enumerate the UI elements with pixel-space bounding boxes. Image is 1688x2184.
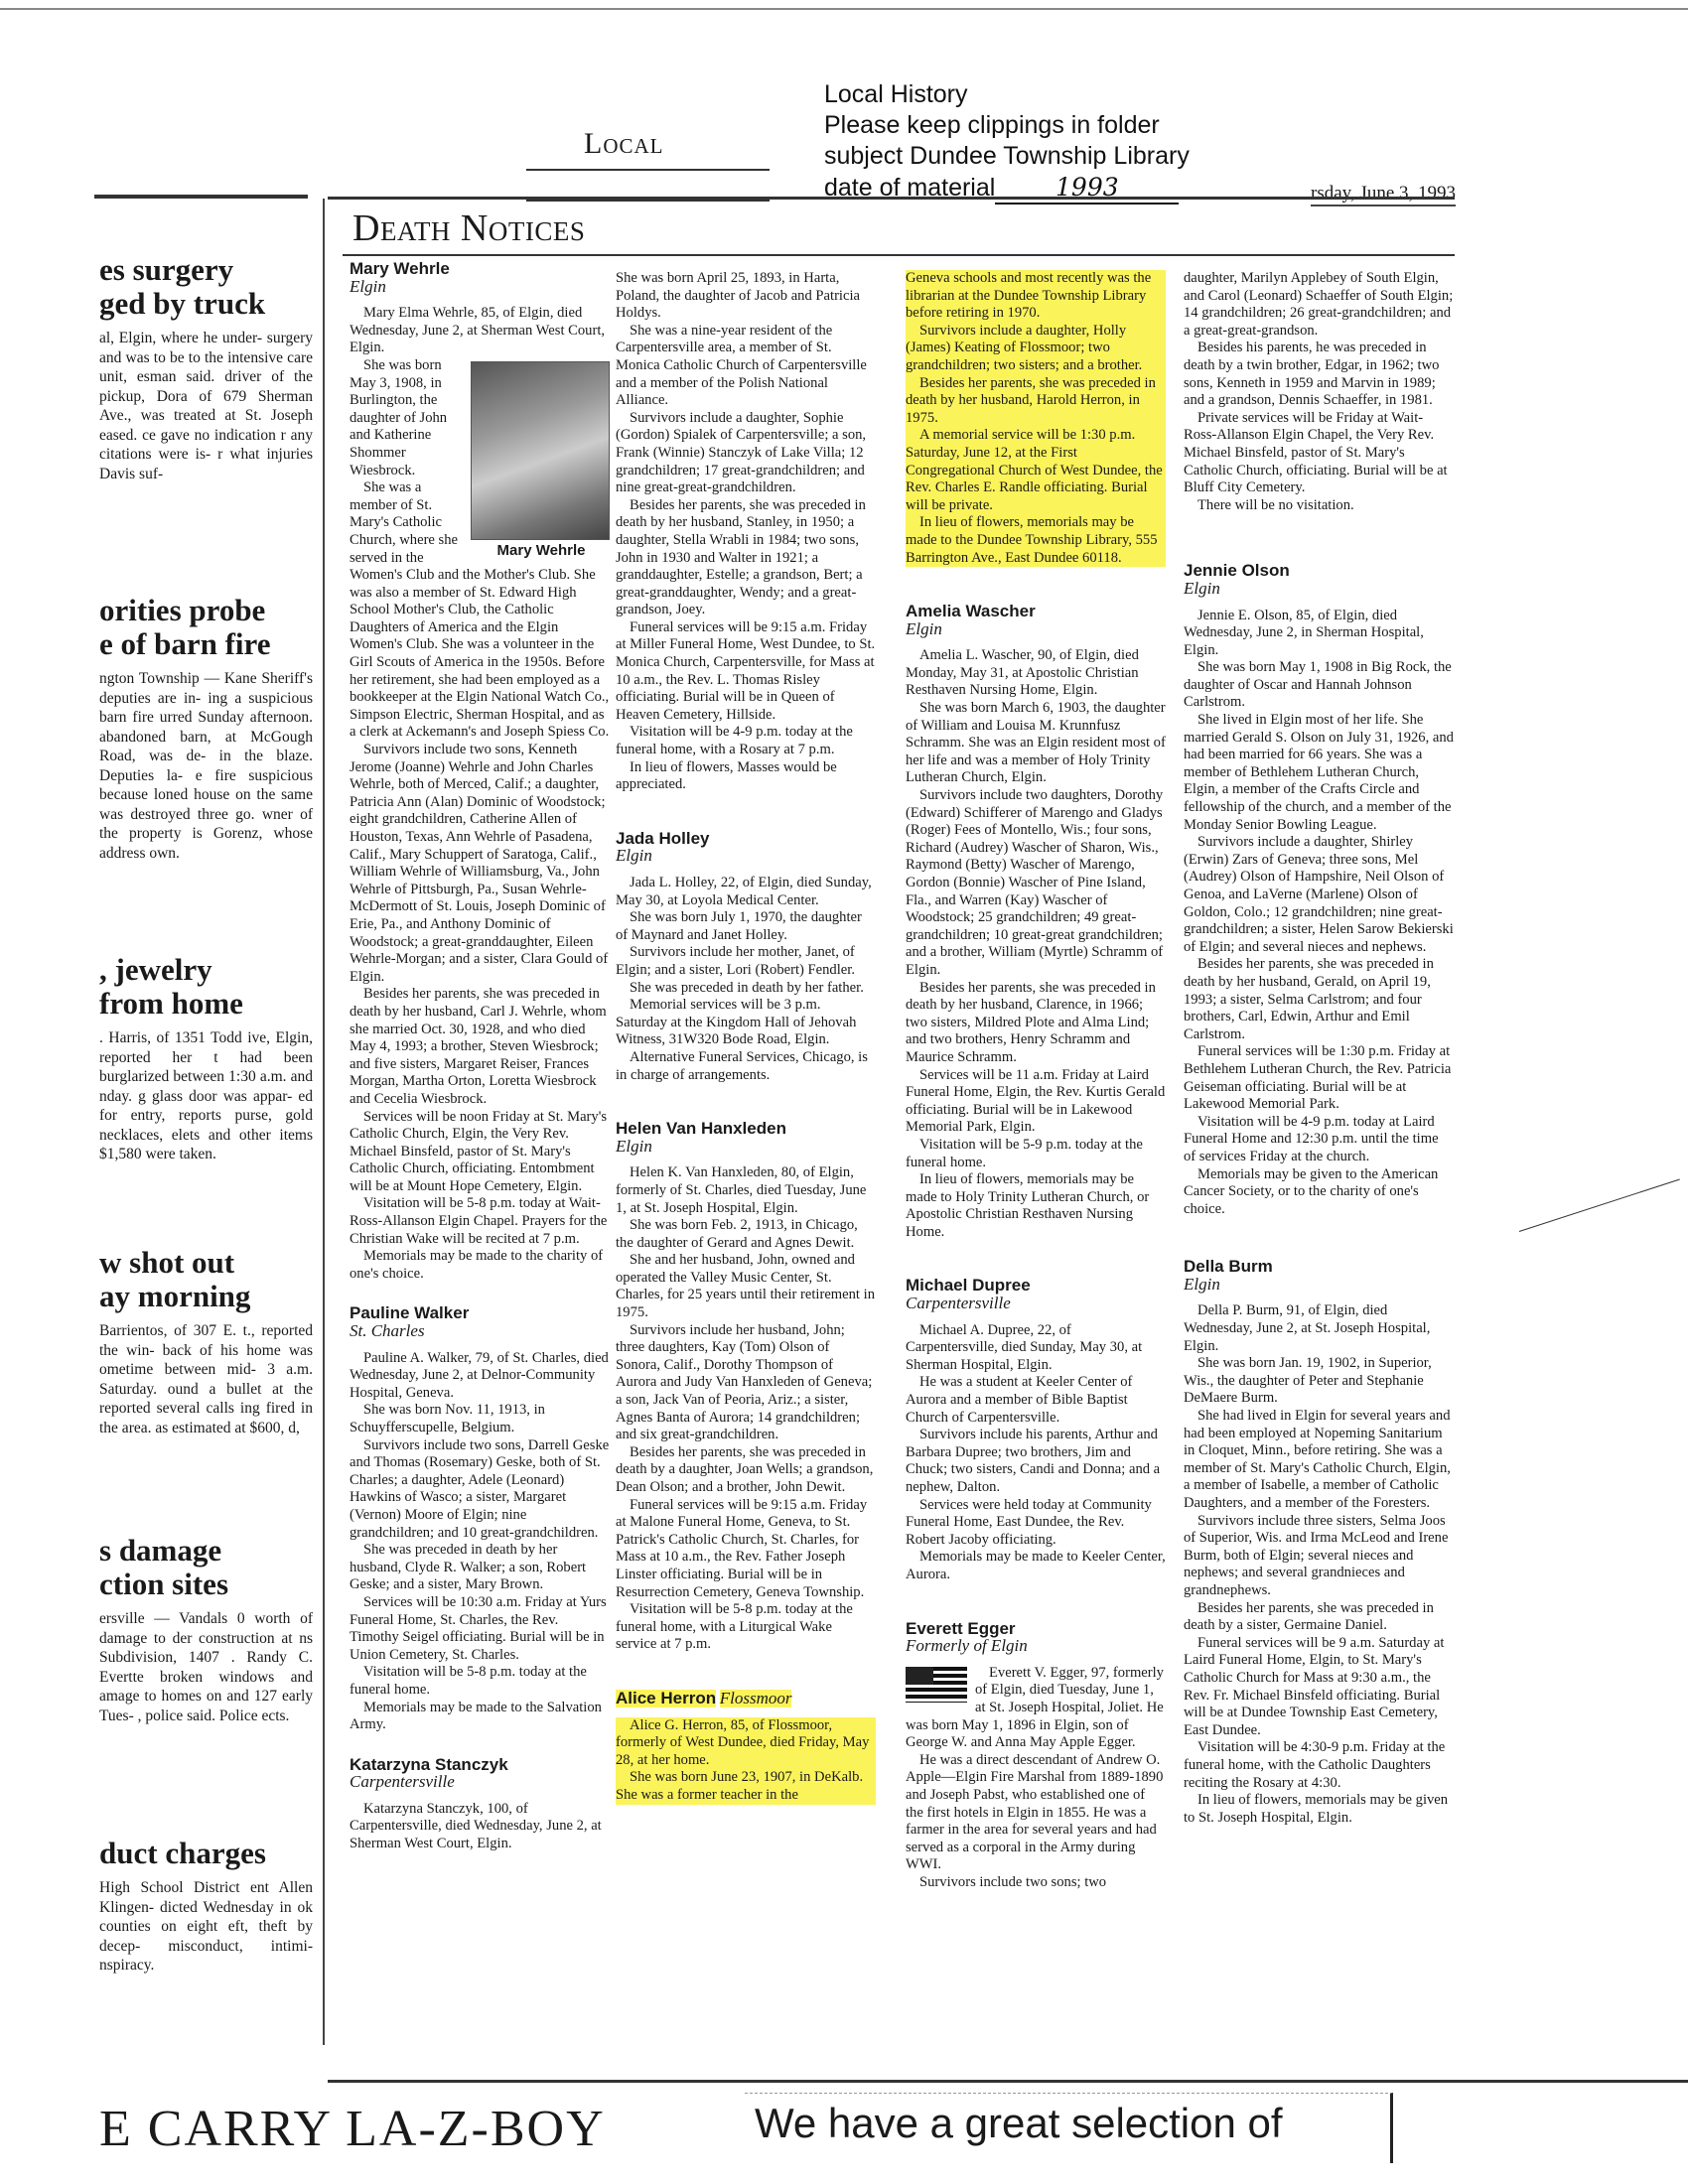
obituary-paragraph: Alice G. Herron, 85, of Flossmoor, forme… xyxy=(616,1717,876,1770)
obituary-paragraph: Survivors include two sons, Darrell Gesk… xyxy=(350,1437,610,1543)
page-top-border xyxy=(0,8,1688,10)
article-headline: ged by truck xyxy=(99,287,313,321)
section-rule xyxy=(526,169,770,171)
obituary-paragraph: She was preceded in death by her father. xyxy=(616,980,876,998)
obituary-paragraph: She was born April 25, 1893, in Harta, P… xyxy=(616,270,876,323)
article-headline: es surgery xyxy=(99,253,313,287)
news-article: s damagection sites ersville — Vandals 0… xyxy=(99,1534,313,1725)
obituary-paragraph: Jada L. Holley, 22, of Elgin, died Sunda… xyxy=(616,875,876,909)
article-headline: w shot out xyxy=(99,1246,313,1280)
obituary-paragraph: Survivors include three sisters, Selma J… xyxy=(1184,1513,1454,1600)
obituary-name: Katarzyna Stanczyk xyxy=(350,1756,610,1774)
obituary-paragraph: Survivors include a daughter, Sophie (Go… xyxy=(616,410,876,497)
obituary-paragraph: A memorial service will be 1:30 p.m. Sat… xyxy=(906,427,1166,514)
obituary-location: Elgin xyxy=(1184,580,1454,598)
article-headline: orities probe xyxy=(99,594,313,627)
obituary-paragraph: Besides her parents, she was preceded in… xyxy=(616,497,876,619)
article-headline: ay morning xyxy=(99,1280,313,1313)
obituary-paragraph: He was a direct descendant of Andrew O. … xyxy=(906,1752,1166,1874)
stamp-subject-value: Dundee Township Library xyxy=(910,142,1190,170)
obituary-paragraph: Mary Elma Wehrle, 85, of Elgin, died Wed… xyxy=(350,305,610,357)
obituary-paragraph: Survivors include his parents, Arthur an… xyxy=(906,1427,1166,1496)
obituary-paragraph: Survivors include two daughters, Dorothy… xyxy=(906,787,1166,980)
obituary-name: Della Burm xyxy=(1184,1258,1454,1276)
article-body: ngton Township — Kane Sheriff's deputies… xyxy=(99,669,313,863)
obituary-location: Elgin xyxy=(350,278,610,296)
section-header: Local xyxy=(584,127,664,161)
pen-mark xyxy=(1519,1178,1680,1231)
obituary-paragraph: Katarzyna Stanczyk, 100, of Carpentersvi… xyxy=(350,1801,610,1853)
obituary-name: Michael Dupree xyxy=(906,1277,1166,1295)
obituary-paragraph: In lieu of flowers, memorials may be giv… xyxy=(1184,1792,1454,1827)
obituary-location: Carpentersville xyxy=(350,1773,610,1791)
newspaper-dateline: rsday, June 3, 1993 xyxy=(1311,183,1456,206)
obituary-location: St. Charles xyxy=(350,1322,610,1340)
stamp-date-handwritten: 1993 xyxy=(995,172,1179,205)
obituary-paragraph: Michael A. Dupree, 22, of Carpentersvill… xyxy=(906,1322,1166,1375)
library-stamp: Local History Please keep clippings in f… xyxy=(824,79,1190,205)
obituary-paragraph: Funeral services will be 9:15 a.m. Frida… xyxy=(616,1497,876,1602)
obituary-paragraph: In lieu of flowers, memorials may be mad… xyxy=(906,1171,1166,1241)
obituary-column-3: Geneva schools and most recently was the… xyxy=(906,270,1166,1891)
obituary-paragraph: Memorials may be made to the charity of … xyxy=(350,1248,610,1283)
obituary-paragraph: Besides her parents, she was preceded in… xyxy=(1184,1600,1454,1635)
article-body: ersville — Vandals 0 worth of damage to … xyxy=(99,1609,313,1725)
obituary-paragraph: Memorials may be given to the American C… xyxy=(1184,1166,1454,1219)
obituary-paragraph: Visitation will be 5-8 p.m. today at the… xyxy=(350,1664,610,1699)
obituary-paragraph: Visitation will be 5-8 p.m. today at Wai… xyxy=(350,1195,610,1248)
obituary-paragraph: Helen K. Van Hanxleden, 80, of Elgin, fo… xyxy=(616,1164,876,1217)
obituary-paragraph: She was born Feb. 2, 1913, in Chicago, t… xyxy=(616,1217,876,1252)
obituary-paragraph: Survivors include a daughter, Shirley (E… xyxy=(1184,834,1454,956)
obituary-paragraph: Services will be 11 a.m. Friday at Laird… xyxy=(906,1067,1166,1137)
obituary-paragraph: Besides her parents, she was preceded in… xyxy=(616,1444,876,1497)
obituary-paragraph: In lieu of flowers, memorials may be mad… xyxy=(906,514,1166,567)
article-headline: ction sites xyxy=(99,1568,313,1601)
obituary-paragraph: Memorial services will be 3 p.m. Saturda… xyxy=(616,997,876,1049)
obituary-paragraph: Visitation will be 4-9 p.m. today at Lai… xyxy=(1184,1114,1454,1166)
obituary-name: Mary Wehrle xyxy=(350,260,610,278)
obituary-paragraph: Funeral services will be 1:30 p.m. Frida… xyxy=(1184,1043,1454,1113)
obituary-paragraph: Besides her parents, she was preceded in… xyxy=(1184,956,1454,1043)
obituary-paragraph: Amelia L. Wascher, 90, of Elgin, died Mo… xyxy=(906,647,1166,700)
obituary-column-4: daughter, Marilyn Applebey of South Elgi… xyxy=(1184,270,1454,1827)
obituary-paragraph: Services were held today at Community Fu… xyxy=(906,1497,1166,1550)
obituary-name: Jennie Olson xyxy=(1184,562,1454,580)
obituary-paragraph: Memorials may be made to the Salvation A… xyxy=(350,1700,610,1734)
obituary-paragraph: She was born Jan. 19, 1902, in Superior,… xyxy=(1184,1355,1454,1408)
obituary-paragraph: Survivors include her husband, John; thr… xyxy=(616,1322,876,1444)
obituary-paragraph: She was born May 1, 1908 in Big Rock, th… xyxy=(1184,659,1454,712)
obituary-paragraph: Funeral services will be 9:15 a.m. Frida… xyxy=(616,619,876,725)
photo-caption: Mary Wehrle xyxy=(473,542,610,560)
article-headline: , jewelry xyxy=(99,953,313,987)
article-headline: from home xyxy=(99,987,313,1021)
lazboy-ad-text: E CARRY LA-Z-BOY xyxy=(99,2100,606,2158)
obituary-location: Formerly of Elgin xyxy=(906,1637,1166,1655)
obituary-paragraph: Della P. Burm, 91, of Elgin, died Wednes… xyxy=(1184,1302,1454,1355)
obituary-column-2: She was born April 25, 1893, in Harta, P… xyxy=(616,270,876,1805)
obituary-name: Helen Van Hanxleden xyxy=(616,1120,876,1138)
obituary-paragraph: Funeral services will be 9 a.m. Saturday… xyxy=(1184,1635,1454,1740)
news-article: duct charges High School District ent Al… xyxy=(99,1837,313,1976)
obituary-paragraph: She was born June 23, 1907, in DeKalb. S… xyxy=(616,1769,876,1804)
obituary-name: Jada Holley xyxy=(616,830,876,848)
obituary-paragraph: daughter, Marilyn Applebey of South Elgi… xyxy=(1184,270,1454,340)
obituary-paragraph: Memorials may be made to Keeler Center, … xyxy=(906,1549,1166,1583)
obituary-paragraph: Visitation will be 4-9 p.m. today at the… xyxy=(616,724,876,758)
obituary-paragraph: Visitation will be 5-9 p.m. today at the… xyxy=(906,1137,1166,1171)
obituary-paragraph: Jennie E. Olson, 85, of Elgin, died Wedn… xyxy=(1184,608,1454,660)
obituary-paragraph: Visitation will be 4:30-9 p.m. Friday at… xyxy=(1184,1739,1454,1792)
highlighted-obituary-continuation: Geneva schools and most recently was the… xyxy=(906,270,1166,567)
obituary-paragraph: Besides her parents, she was preceded in… xyxy=(906,375,1166,428)
obituary-location: Elgin xyxy=(616,847,876,865)
article-headline: duct charges xyxy=(99,1837,313,1870)
article-body: Barrientos, of 307 E. t., reported the w… xyxy=(99,1321,313,1437)
obituary-paragraph: Besides his parents, he was preceded in … xyxy=(1184,340,1454,409)
stamp-line-2: Please keep clippings in folder xyxy=(824,110,1190,141)
death-notices-rule xyxy=(343,254,1455,256)
obituary-paragraph: She lived in Elgin most of her life. She… xyxy=(1184,712,1454,834)
obituary-paragraph: She was preceded in death by her husband… xyxy=(350,1542,610,1594)
obituary-paragraph: Survivors include her mother, Janet, of … xyxy=(616,944,876,979)
obituary-paragraph: Besides her parents, she was preceded in… xyxy=(350,986,610,1108)
news-article: orities probee of barn fire ngton Townsh… xyxy=(99,594,313,863)
obituary-paragraph: She was born March 6, 1903, the daughter… xyxy=(906,700,1166,787)
obituary-paragraph: There will be no visitation. xyxy=(1184,497,1454,515)
article-body: al, Elgin, where he under- surgery and w… xyxy=(99,329,313,483)
obituary-location: Carpentersville xyxy=(906,1295,1166,1312)
article-body: . Harris, of 1351 Todd ive, Elgin, repor… xyxy=(99,1028,313,1164)
obituary-paragraph: Survivors include a daughter, Holly (Jam… xyxy=(906,323,1166,375)
obituary-name: Pauline Walker xyxy=(350,1304,610,1322)
stamp-line-1: Local History xyxy=(824,79,1190,110)
selection-ad-text: We have a great selection of xyxy=(755,2100,1283,2147)
obituary-paragraph: She was a nine-year resident of the Carp… xyxy=(616,323,876,410)
death-notices-title: Death Notices xyxy=(352,206,585,250)
column-divider xyxy=(323,199,325,2045)
obituary-paragraph: Visitation will be 5-8 p.m. today at the… xyxy=(616,1601,876,1654)
obituary-paragraph: Services will be 10:30 a.m. Friday at Yu… xyxy=(350,1594,610,1664)
american-flag-icon xyxy=(906,1667,967,1703)
obituary-paragraph: She and her husband, John, owned and ope… xyxy=(616,1252,876,1321)
obituary-paragraph: Survivors include two sons, Kenneth Jero… xyxy=(350,742,610,986)
obituary-paragraph: Geneva schools and most recently was the… xyxy=(906,270,1166,323)
obituary-paragraph: He was a student at Keeler Center of Aur… xyxy=(906,1374,1166,1427)
stamp-subject-label: subject xyxy=(824,142,903,170)
news-article: , jewelryfrom home . Harris, of 1351 Tod… xyxy=(99,953,313,1164)
obituary-paragraph: Besides her parents, she was preceded in… xyxy=(906,980,1166,1067)
bottom-rule xyxy=(328,2080,1688,2083)
obituary-paragraph: She had lived in Elgin for several years… xyxy=(1184,1408,1454,1513)
obituary-location: Elgin xyxy=(616,1138,876,1156)
article-body: High School District ent Allen Klingen- … xyxy=(99,1878,313,1976)
news-article: w shot outay morning Barrientos, of 307 … xyxy=(99,1246,313,1437)
obituary-paragraph: She was born Nov. 11, 1913, in Schuyffer… xyxy=(350,1402,610,1436)
obituary-paragraph: Private services will be Friday at Wait-… xyxy=(1184,410,1454,497)
portrait-photo xyxy=(471,361,610,540)
obituary-paragraph: She was born July 1, 1970, the daughter … xyxy=(616,909,876,944)
obituary-column-1: Mary Wehrle Elgin Mary Elma Wehrle, 85, … xyxy=(350,260,610,1853)
obituary-paragraph: Pauline A. Walker, 79, of St. Charles, d… xyxy=(350,1350,610,1403)
obituary-paragraph: In lieu of flowers, Masses would be appr… xyxy=(616,759,876,794)
obituary-name: Alice Herron xyxy=(616,1690,716,1707)
obituary-paragraph: Survivors include two sons; two xyxy=(906,1874,1166,1892)
article-headline: e of barn fire xyxy=(99,627,313,661)
article-headline: s damage xyxy=(99,1534,313,1568)
death-notices-top-rule xyxy=(328,197,1455,200)
obituary-name: Amelia Wascher xyxy=(906,603,1166,620)
left-column-rule xyxy=(94,195,308,199)
obituary-paragraph: Alternative Funeral Services, Chicago, i… xyxy=(616,1049,876,1084)
news-article: es surgeryged by truck al, Elgin, where … xyxy=(99,253,313,483)
obituary-location: Elgin xyxy=(1184,1276,1454,1294)
obituary-location: Elgin xyxy=(906,620,1166,638)
obituary-paragraph: Services will be noon Friday at St. Mary… xyxy=(350,1109,610,1196)
obituary-name: Everett Egger xyxy=(906,1620,1166,1638)
obituary-location: Flossmoor xyxy=(720,1690,792,1707)
